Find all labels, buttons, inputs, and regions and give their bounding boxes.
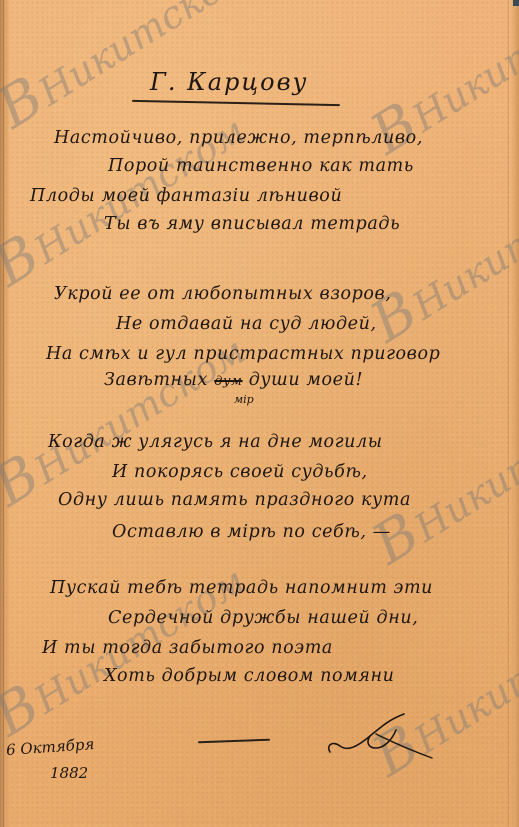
page-edge-line bbox=[508, 0, 509, 827]
signature-flourish-icon bbox=[326, 712, 436, 764]
binding-fold bbox=[0, 0, 10, 827]
struck-word: дум bbox=[214, 374, 242, 389]
line-text: души моей! bbox=[249, 370, 363, 390]
poem-line: Пускай тебѣ тетрадь напомнит эти bbox=[50, 578, 433, 598]
poem-line: Ты въ яму вписывал тетрадь bbox=[104, 214, 400, 234]
date-day-month: 6 Октября bbox=[5, 735, 94, 759]
page-edge bbox=[511, 0, 519, 827]
poem-line: Не отдавай на суд людей, bbox=[116, 314, 377, 334]
poem-line: На смѣх и гул пристрастных приговор bbox=[46, 344, 440, 364]
poem-line-with-correction: Завѣтных дум души моей! bbox=[104, 370, 363, 390]
inserted-correction: мір bbox=[234, 393, 254, 406]
poem-line: Когда ж улягусь я на дне могилы bbox=[48, 432, 383, 452]
poem-line: Хоть добрым словом помяни bbox=[104, 666, 395, 686]
poem-title: Г. Карцову bbox=[150, 68, 308, 96]
poem-line: И ты тогда забытого поэта bbox=[42, 638, 333, 658]
scan-corner bbox=[513, 0, 519, 6]
poem-line: Порой таинственно как тать bbox=[108, 156, 414, 176]
line-text: Завѣтных bbox=[104, 370, 208, 390]
watermark: ВНикитском bbox=[362, 155, 519, 352]
watermark: ВНикитском bbox=[364, 377, 519, 574]
poem-line: И покорясь своей судьбѣ, bbox=[112, 462, 368, 482]
poem-line: Укрой ее от любопытных взоров, bbox=[54, 284, 392, 304]
separator-dash bbox=[198, 739, 270, 744]
poem-line: Оставлю в мірѣ по себѣ, — bbox=[112, 522, 391, 542]
manuscript-page: ВНикитском ВНикитском ВНикитском ВНикитс… bbox=[0, 0, 519, 827]
poem-line: Настойчиво, прилежно, терпѣливо, bbox=[54, 128, 423, 148]
title-underline bbox=[132, 100, 340, 106]
paper-grain bbox=[0, 0, 519, 827]
poem-line: Сердечной дружбы нашей дни, bbox=[108, 608, 418, 628]
poem-line: Плоды моей фантазіи лѣнивой bbox=[30, 186, 342, 206]
date-year: 1882 bbox=[50, 764, 88, 782]
poem-line: Одну лишь память праздного кута bbox=[58, 490, 411, 510]
